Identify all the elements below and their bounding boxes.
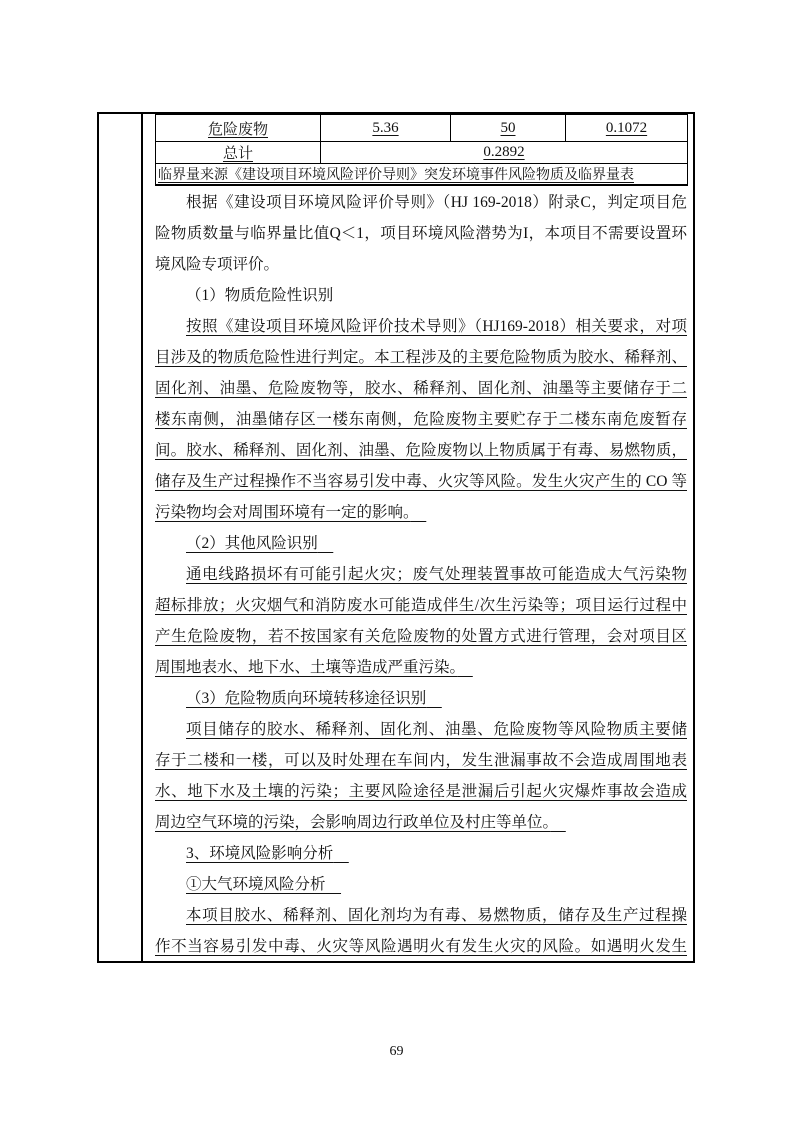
table-row-source-note: 临界量来源《建设项目环境风险评价导则》突发环境事件风险物质及临界量表 xyxy=(156,164,688,186)
text-line: 目涉及的物质危险性进行判定。本工程涉及的主要危险物质为胶水、稀释剂、 xyxy=(155,342,687,373)
cell-source-note: 临界量来源《建设项目环境风险评价导则》突发环境事件风险物质及临界量表 xyxy=(156,164,688,186)
text-line: （3）危险物质向环境转移途径识别 xyxy=(155,683,687,714)
text-line: 周围地表水、地下水、土壤等造成严重污染。 xyxy=(155,652,687,683)
text-line: 污染物均会对周围环境有一定的影响。 xyxy=(155,497,687,528)
text-line: 项目储存的胶水、稀释剂、固化剂、油墨、危险废物等风险物质主要储 xyxy=(155,714,687,745)
text-line: 水、地下水及土壤的污染；主要风险途径是泄漏后引起火灾爆炸事故会造成 xyxy=(155,776,687,807)
cell-substance-name: 危险废物 xyxy=(156,115,321,142)
text-line: 储存及生产过程操作不当容易引发中毒、火灾等风险。发生火灾产生的 CO 等 xyxy=(155,466,687,497)
text-line: 境风险专项评价。 xyxy=(155,249,687,280)
text-line: ①大气环境风险分析 xyxy=(155,869,687,900)
text-line: 固化剂、油墨、危险废物等，胶水、稀释剂、固化剂、油墨等主要储存于二 xyxy=(155,373,687,404)
table-row-hazardous-waste: 危险废物 5.36 50 0.1072 xyxy=(156,115,688,142)
text-line: 作不当容易引发中毒、火灾等风险遇明火有发生火灾的风险。如遇明火发生 xyxy=(155,931,687,961)
risk-substance-table: 危险废物 5.36 50 0.1072 总计 0.2892 临界量来源《建设项目… xyxy=(155,114,688,186)
text-line: （1）物质危险性识别 xyxy=(155,280,687,311)
cell-ratio: 0.1072 xyxy=(566,115,688,142)
cell-critical-quantity: 50 xyxy=(451,115,566,142)
cell-quantity: 5.36 xyxy=(321,115,451,142)
cell-total-value: 0.2892 xyxy=(321,142,688,164)
page-number: 69 xyxy=(0,1044,793,1060)
text-line: 险物质数量与临界量比值Q＜1，项目环境风险潜势为I，本项目不需要设置环 xyxy=(155,218,687,249)
text-line: 超标排放；火灾烟气和消防废水可能造成伴生/次生污染等；项目运行过程中 xyxy=(155,590,687,621)
text-line: 3、环境风险影响分析 xyxy=(155,838,687,869)
document-page: 危险废物 5.36 50 0.1072 总计 0.2892 临界量来源《建设项目… xyxy=(0,0,793,1122)
text-line: （2）其他风险识别 xyxy=(155,528,687,559)
text-line: 周边空气环境的污染，会影响周边行政单位及村庄等单位。 xyxy=(155,807,687,838)
table-row-total: 总计 0.2892 xyxy=(156,142,688,164)
text-line: 本项目胶水、稀释剂、固化剂均为有毒、易燃物质，储存及生产过程操 xyxy=(155,900,687,931)
table-row-label-column xyxy=(99,114,143,961)
text-line: 楼东南侧，油墨储存区一楼东南侧，危险废物主要贮存于二楼东南危废暂存 xyxy=(155,404,687,435)
document-table-frame: 危险废物 5.36 50 0.1072 总计 0.2892 临界量来源《建设项目… xyxy=(97,112,695,963)
text-line: 存于二楼和一楼，可以及时处理在车间内，发生泄漏事故不会造成周围地表 xyxy=(155,745,687,776)
text-line: 产生危险废物，若不按国家有关危险废物的处置方式进行管理，会对项目区 xyxy=(155,621,687,652)
cell-total-label: 总计 xyxy=(156,142,321,164)
table-cell-content: 危险废物 5.36 50 0.1072 总计 0.2892 临界量来源《建设项目… xyxy=(145,114,693,961)
text-line: 通电线路损坏有可能引起火灾；废气处理装置事故可能造成大气污染物 xyxy=(155,559,687,590)
text-line: 根据《建设项目环境风险评价导则》（HJ 169-2018）附录C，判定项目危 xyxy=(155,187,687,218)
text-line: 间。胶水、稀释剂、固化剂、油墨、危险废物以上物质属于有毒、易燃物质， xyxy=(155,435,687,466)
text-line: 按照《建设项目环境风险评价技术导则》（HJ169-2018）相关要求，对项 xyxy=(155,311,687,342)
text-lines: 根据《建设项目环境风险评价导则》（HJ 169-2018）附录C，判定项目危险物… xyxy=(155,187,687,961)
